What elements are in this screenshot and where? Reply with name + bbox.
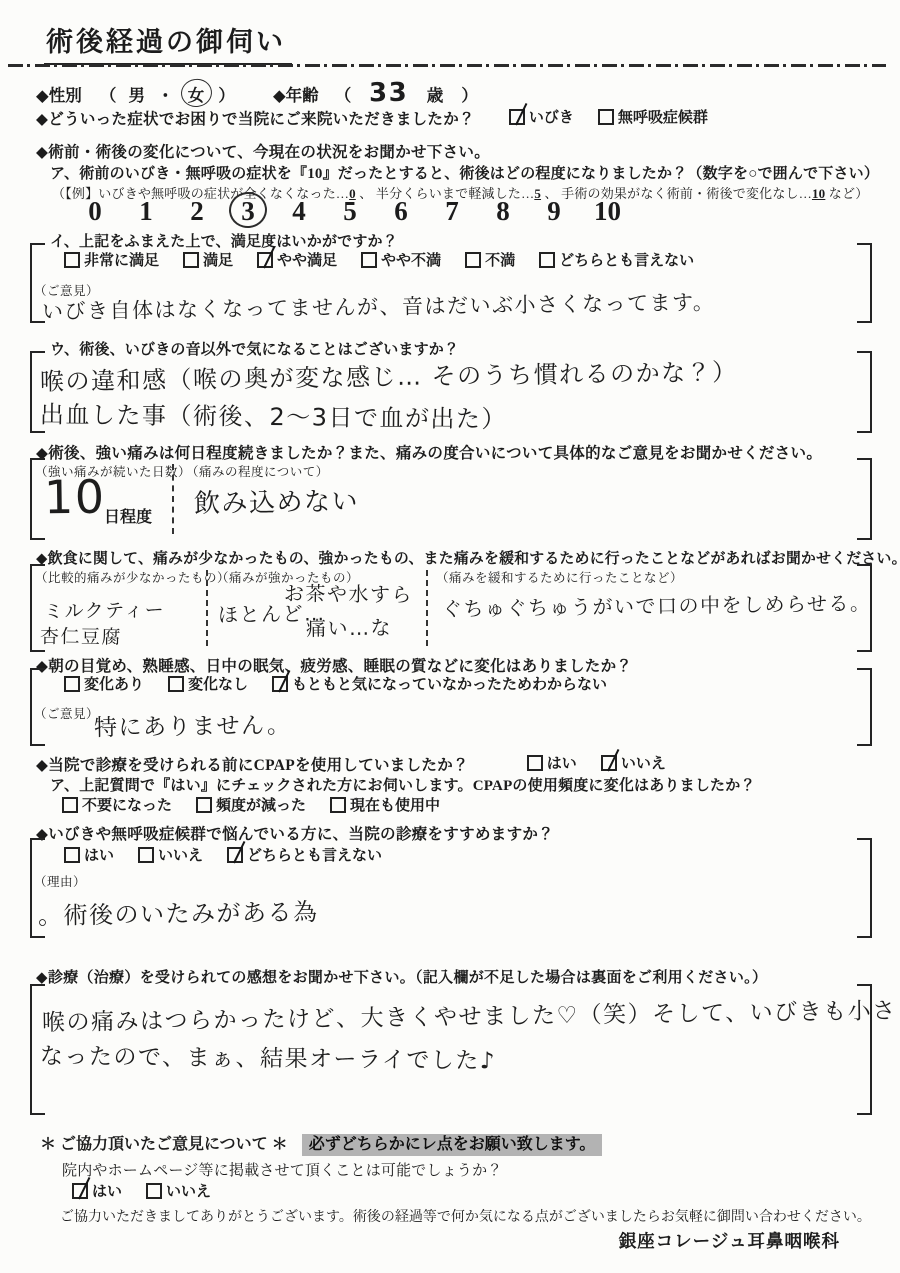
checkbox-checked[interactable] — [509, 109, 525, 125]
checkbox-option[interactable]: はい — [64, 844, 114, 865]
page-title: 術後経過の御伺い — [44, 20, 292, 65]
cpap-sub-options: 不要になった頻度が減った現在も使用中 — [62, 794, 464, 818]
reason-label: （理由） — [34, 872, 86, 890]
change-label: ◆術前・術後の変化について、今現在の状況をお聞かせ下さい。 — [36, 140, 490, 162]
checkbox[interactable] — [361, 252, 377, 268]
option-label: いいえ — [166, 1180, 211, 1201]
rating-scale: 012345678910 — [84, 196, 621, 227]
checkbox-checked[interactable] — [601, 755, 617, 771]
checkbox-option[interactable]: 不満 — [465, 249, 515, 270]
footer-thanks: ご協力いただきましてありがとうございます。術後の経過等で何か気になる点がございま… — [60, 1206, 871, 1226]
sleep-options: 変化あり変化なしもともと気になっていなかったためわからない — [64, 673, 631, 697]
option-label: はい — [547, 752, 577, 773]
pain-degree-handwritten: 飲み込めない — [194, 481, 360, 520]
food-col2-line3-handwritten: 痛い…な — [306, 611, 392, 641]
footer-note-row: ＊ ご協力頂いたご意見について ＊ 必ずどちらかにレ点をお願い致します。 — [40, 1131, 602, 1154]
satisfaction-comment-handwritten: いびき自体はなくなってませんが、音はだいぶ小さくなってます。 — [42, 286, 716, 325]
option-label: 非常に満足 — [84, 249, 159, 270]
cpap-label: ◆当院で診療を受けられる前にCPAPを使用していましたか？ — [36, 753, 469, 775]
option-label: いびき — [529, 106, 574, 127]
answer-bracket: 喉の違和感（喉の奥が変な感じ… そのうち慣れるのかな？） 出血した事（術後、2～… — [30, 351, 872, 433]
sex-option-male[interactable]: 男 — [128, 86, 145, 105]
scanned-questionnaire: 術後経過の御伺い ◆性別 （ 男 ・ 女 ） ◆年齢 （ 33 歳 ） ◆どうい… — [0, 0, 900, 1273]
scale-number[interactable]: 9 — [543, 196, 565, 227]
scale-number[interactable]: 6 — [390, 196, 412, 227]
checkbox[interactable] — [196, 797, 212, 813]
footer-note: ＊ ご協力頂いたご意見について ＊ — [40, 1136, 288, 1153]
impression-line1-handwritten: 喉の痛みはつらかったけど、大きくやせました♡（笑）そして、いびきも小さく — [42, 992, 900, 1037]
example-value-10: 10 — [812, 186, 825, 201]
cpap-question: ◆当院で診療を受けられる前にCPAPを使用していましたか？ はいいいえ — [36, 752, 690, 776]
comment-label: （ご意見） — [34, 704, 99, 722]
checkbox[interactable] — [183, 252, 199, 268]
answer-bracket: （比較的痛みが少なかったもの） ミルクティー 杏仁豆腐 （痛みが強かったもの） … — [30, 564, 872, 652]
checkbox-checked[interactable] — [272, 676, 288, 692]
paren: ） — [218, 86, 235, 105]
checkbox-checked[interactable] — [72, 1183, 88, 1199]
scale-number-circled[interactable]: 3 — [237, 196, 259, 227]
option-label: どちらとも言えない — [559, 249, 694, 270]
food-col2-line2-handwritten: お茶や水すら — [284, 577, 413, 607]
option-label: いいえ — [621, 752, 666, 773]
checkbox-option[interactable]: いびき — [509, 106, 574, 127]
dashed-rule — [8, 64, 886, 67]
age-value-handwritten: 33 — [369, 78, 409, 109]
checkbox-option[interactable]: 変化あり — [64, 673, 144, 694]
scale-number[interactable]: 1 — [135, 196, 157, 227]
checkbox[interactable] — [64, 252, 80, 268]
option-label: 変化あり — [84, 673, 144, 694]
checkbox-checked[interactable] — [227, 847, 243, 863]
clinic-name: 銀座コレージュ耳鼻咽喉科 — [30, 1228, 840, 1253]
option-label: 不満 — [485, 249, 515, 270]
checkbox-option[interactable]: 不要になった — [62, 794, 172, 815]
option-label: いいえ — [158, 844, 203, 865]
scale-number[interactable]: 2 — [186, 196, 208, 227]
symptom-question: ◆どういった症状でお困りで当院にご来院いただきましたか？ いびき無呼吸症候群 — [36, 106, 732, 130]
option-label: はい — [84, 844, 114, 865]
checkbox-option[interactable]: 満足 — [183, 249, 233, 270]
answer-bracket: （強い痛みが続いた日数） 10 日程度 （痛みの程度について） 飲み込めない — [30, 458, 872, 540]
checkbox-option[interactable]: いいえ — [601, 752, 666, 773]
option-label: 頻度が減った — [216, 794, 306, 815]
separator: ・ — [157, 86, 174, 105]
option-label: 無呼吸症候群 — [618, 106, 708, 127]
option-label: 満足 — [203, 249, 233, 270]
sex-label: ◆性別 — [36, 86, 82, 105]
paren: （ — [335, 86, 352, 105]
recommend-options: はいいいえどちらとも言えない — [64, 844, 406, 868]
checkbox-option[interactable]: 非常に満足 — [64, 249, 159, 270]
symptom-label: ◆どういった症状でお困りで当院にご来院いただきましたか？ — [36, 107, 475, 129]
checkbox[interactable] — [168, 676, 184, 692]
other-concerns-line2-handwritten: 出血した事（術後、2～3日で血が出た） — [40, 395, 507, 435]
checkbox-option[interactable]: はい — [527, 752, 577, 773]
checkbox-option[interactable]: いいえ — [138, 844, 203, 865]
pain-days-unit: 日程度 — [104, 504, 152, 527]
paren: ） — [461, 86, 478, 105]
scale-number[interactable]: 4 — [288, 196, 310, 227]
option-label: もともと気になっていなかったためわからない — [292, 673, 607, 694]
checkbox-option[interactable]: どちらとも言えない — [539, 249, 694, 270]
scale-number[interactable]: 5 — [339, 196, 361, 227]
option-label: 不要になった — [82, 794, 172, 815]
recommend-reason-handwritten: 。術後のいたみがある為 — [38, 892, 319, 931]
checkbox-option[interactable]: やや不満 — [361, 249, 441, 270]
food-col1-line2-handwritten: 杏仁豆腐 — [40, 622, 122, 650]
checkbox-option[interactable]: もともと気になっていなかったためわからない — [272, 673, 607, 694]
pain-degree-label: （痛みの程度について） — [186, 462, 329, 480]
age-unit: 歳 — [427, 86, 444, 105]
change-sub-label: ア、術前のいびき・無呼吸の症状を『10』だったとすると、術後はどの程度になりまし… — [50, 162, 879, 183]
pain-days-value-handwritten: 10 — [44, 470, 106, 525]
food-col3-label: （痛みを緩和するために行ったことなど） — [436, 568, 683, 586]
checkbox-option[interactable]: やや満足 — [257, 249, 337, 270]
option-label: やや不満 — [381, 249, 441, 270]
checkbox[interactable] — [330, 797, 346, 813]
checkbox-option[interactable]: はい — [72, 1180, 122, 1201]
checkbox[interactable] — [539, 252, 555, 268]
checkbox-option[interactable]: どちらとも言えない — [227, 844, 382, 865]
food-col1-label: （比較的痛みが少なかったもの） — [35, 568, 230, 586]
symptom-options: いびき無呼吸症候群 — [509, 106, 732, 130]
scale-number[interactable]: 0 — [84, 196, 106, 227]
food-col3-handwritten: ぐちゅぐちゅうがいで口の中をしめらせる。 — [442, 587, 872, 622]
checkbox[interactable] — [64, 676, 80, 692]
checkbox-option[interactable]: 頻度が減った — [196, 794, 306, 815]
satisfaction-options: 非常に満足満足やや満足やや不満不満どちらとも言えない — [64, 249, 718, 273]
option-label: はい — [92, 1180, 122, 1201]
checkbox-option[interactable]: 変化なし — [168, 673, 248, 694]
checkbox[interactable] — [62, 797, 78, 813]
answer-bracket: はいいいえどちらとも言えない （理由） 。術後のいたみがある為 — [30, 838, 872, 938]
checkbox-option[interactable]: いいえ — [146, 1180, 211, 1201]
option-label: 変化なし — [188, 673, 248, 694]
food-col1-line1-handwritten: ミルクティー — [44, 595, 165, 624]
option-label: 現在も使用中 — [350, 794, 440, 815]
scale-number[interactable]: 8 — [492, 196, 514, 227]
publish-question: 院内やホームページ等に掲載させて頂くことは可能でしょうか？ — [62, 1159, 503, 1180]
sex-option-female-circled[interactable]: 女 — [184, 82, 209, 106]
sleep-comment-handwritten: 特にありません。 — [94, 707, 292, 743]
checkbox[interactable] — [64, 847, 80, 863]
checkbox[interactable] — [527, 755, 543, 771]
profile-row: ◆性別 （ 男 ・ 女 ） ◆年齢 （ 33 歳 ） — [36, 78, 478, 108]
scale-number[interactable]: 10 — [594, 196, 621, 227]
column-divider — [426, 570, 428, 646]
impression-line2-handwritten: なったので、まぁ、結果オーライでした♪ — [40, 1038, 496, 1076]
checkbox[interactable] — [598, 109, 614, 125]
checkbox[interactable] — [465, 252, 481, 268]
column-divider — [206, 570, 208, 646]
checkbox-option[interactable]: 現在も使用中 — [330, 794, 440, 815]
other-concerns-line1-handwritten: 喉の違和感（喉の奥が変な感じ… そのうち慣れるのかな？） — [40, 352, 738, 397]
publish-options: はいいいえ — [72, 1180, 235, 1204]
age-label: ◆年齢 — [273, 86, 319, 105]
answer-bracket: 喉の痛みはつらかったけど、大きくやせました♡（笑）そして、いびきも小さく なった… — [30, 984, 872, 1115]
scale-number[interactable]: 7 — [441, 196, 463, 227]
cpap-sub-label: ア、上記質問で『はい』にチェックされた方にお伺いします。CPAPの使用頻度に変化… — [50, 774, 756, 795]
column-divider — [172, 464, 174, 534]
checkbox[interactable] — [138, 847, 154, 863]
paren: （ — [100, 86, 117, 105]
footer-highlight: 必ずどちらかにレ点をお願い致します。 — [302, 1134, 603, 1156]
option-label: どちらとも言えない — [247, 844, 382, 865]
option-label: やや満足 — [277, 249, 337, 270]
answer-bracket: 変化あり変化なしもともと気になっていなかったためわからない （ご意見） 特にあり… — [30, 668, 872, 746]
example-text: など） — [825, 186, 868, 201]
answer-bracket: 非常に満足満足やや満足やや不満不満どちらとも言えない （ご意見） いびき自体はな… — [30, 243, 872, 323]
checkbox-option[interactable]: 無呼吸症候群 — [598, 106, 708, 127]
checkbox[interactable] — [146, 1183, 162, 1199]
checkbox-checked[interactable] — [257, 252, 273, 268]
cpap-options: はいいいえ — [527, 752, 690, 776]
